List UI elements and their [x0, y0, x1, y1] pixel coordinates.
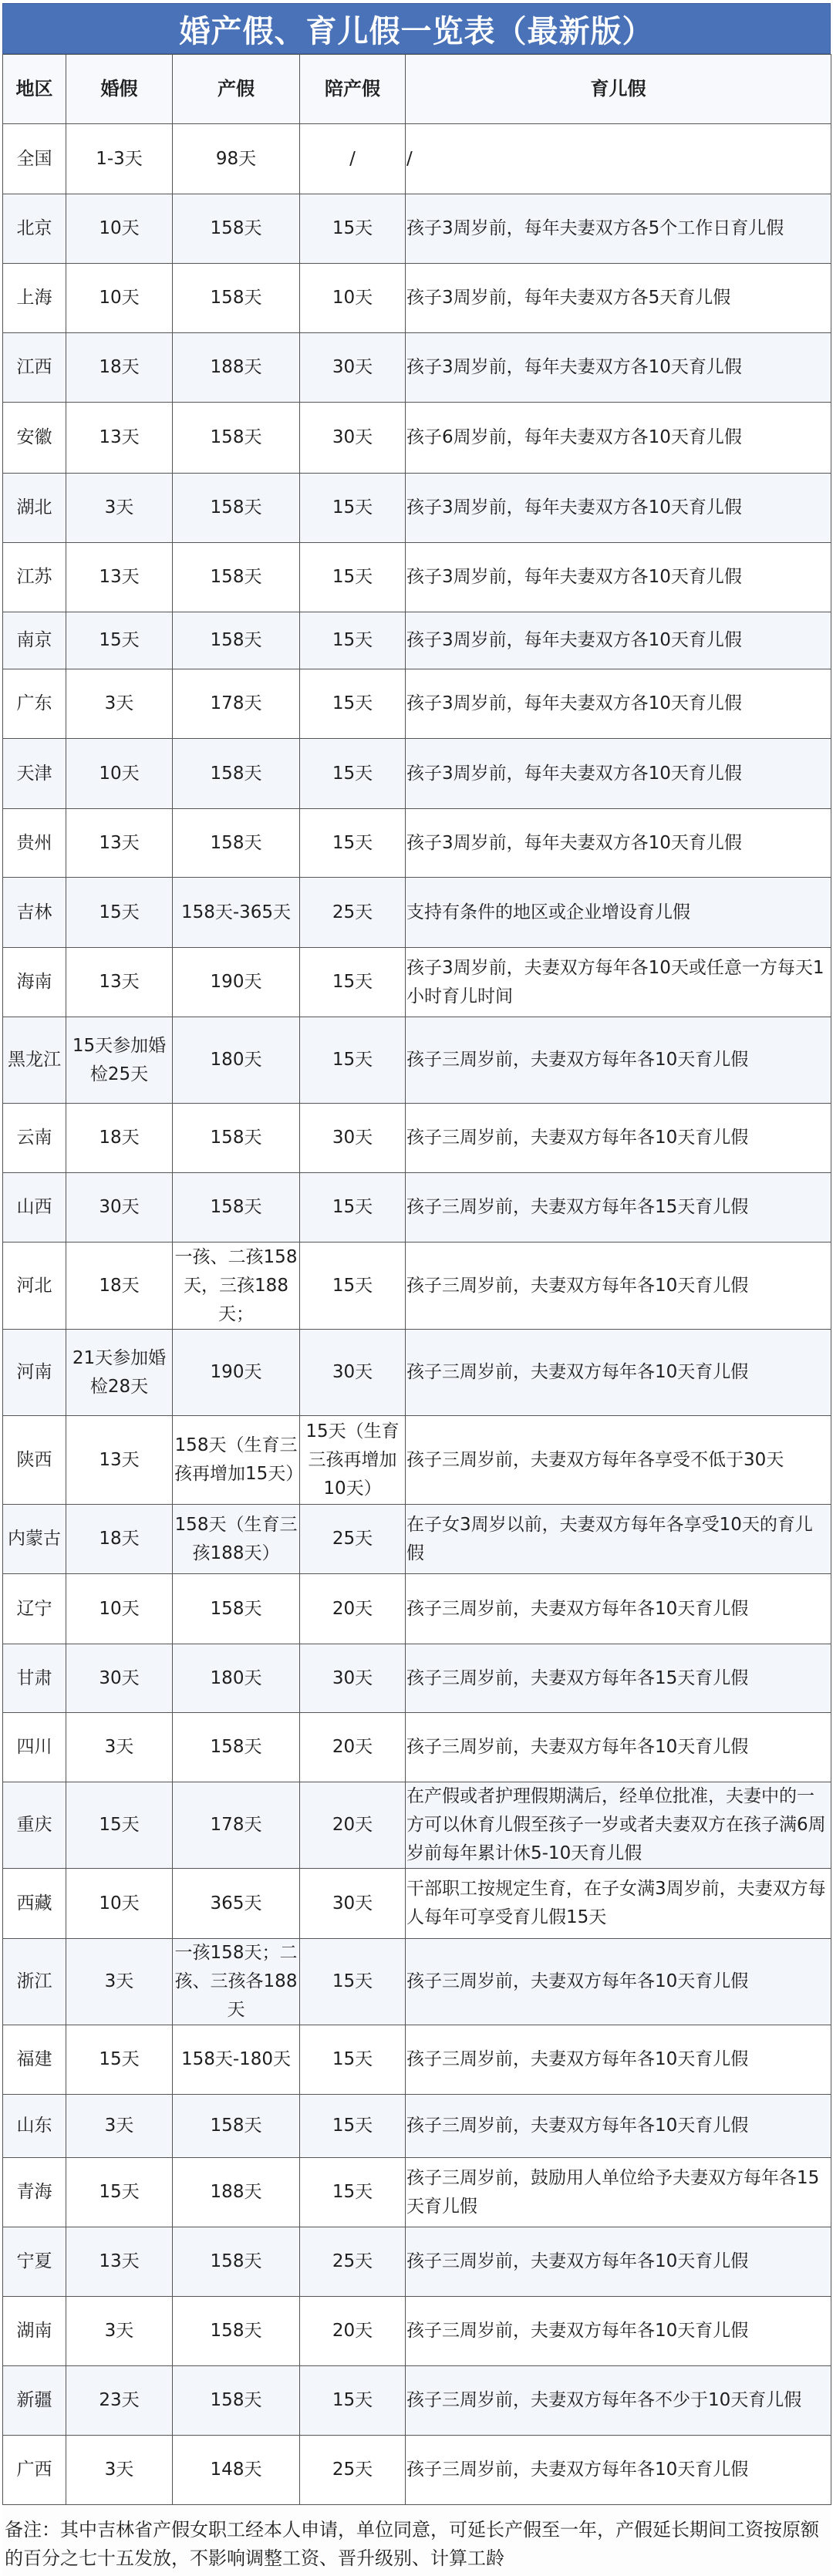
table-row: 宁夏13天158天25天孩子三周岁前，夫妻双方每年各10天育儿假: [3, 2227, 831, 2297]
cell-marriage-leave: 3天: [66, 1939, 173, 2025]
cell-maternity-leave: 158天: [173, 2095, 300, 2158]
cell-paternity-leave: 15天: [300, 2366, 406, 2436]
header-paternity-leave: 陪产假: [300, 55, 406, 124]
cell-marriage-leave: 13天: [66, 809, 173, 878]
cell-marriage-leave: 3天: [66, 474, 173, 543]
cell-region: 南京: [3, 612, 66, 669]
cell-paternity-leave: 15天: [300, 543, 406, 612]
cell-maternity-leave: 158天-365天: [173, 878, 300, 948]
table-row: 天津10天158天15天孩子3周岁前，每年夫妻双方各10天育儿假: [3, 739, 831, 809]
table-row: 安徽13天158天30天孩子6周岁前，每年夫妻双方各10天育儿假: [3, 403, 831, 474]
table-row: 甘肃30天180天30天孩子三周岁前，夫妻双方每年各15天育儿假: [3, 1644, 831, 1713]
cell-marriage-leave: 13天: [66, 2227, 173, 2297]
cell-region: 山西: [3, 1173, 66, 1242]
cell-childcare-leave: 孩子三周岁前，夫妻双方每年各15天育儿假: [406, 1173, 831, 1242]
cell-childcare-leave: 孩子三周岁前，夫妻双方每年各10天育儿假: [406, 2297, 831, 2366]
cell-childcare-leave: 孩子3周岁前，每年夫妻双方各10天育儿假: [406, 543, 831, 612]
cell-marriage-leave: 13天: [66, 1416, 173, 1505]
cell-marriage-leave: 10天: [66, 1574, 173, 1644]
table-row: 北京10天158天15天孩子3周岁前，每年夫妻双方各5个工作日育儿假: [3, 194, 831, 264]
cell-region: 山东: [3, 2095, 66, 2158]
cell-paternity-leave: 15天: [300, 739, 406, 809]
cell-paternity-leave: 20天: [300, 1574, 406, 1644]
cell-paternity-leave: 15天: [300, 2025, 406, 2095]
cell-paternity-leave: 15天: [300, 612, 406, 669]
cell-marriage-leave: 3天: [66, 2297, 173, 2366]
cell-childcare-leave: 孩子三周岁前，夫妻双方每年各10天育儿假: [406, 1574, 831, 1644]
cell-region: 西藏: [3, 1869, 66, 1939]
cell-paternity-leave: 20天: [300, 1782, 406, 1869]
cell-paternity-leave: /: [300, 124, 406, 194]
cell-childcare-leave: 孩子3周岁前，每年夫妻双方各5天育儿假: [406, 264, 831, 333]
cell-region: 海南: [3, 948, 66, 1017]
cell-region: 浙江: [3, 1939, 66, 2025]
cell-marriage-leave: 18天: [66, 1242, 173, 1330]
cell-childcare-leave: 孩子三周岁前，夫妻双方每年各10天育儿假: [406, 2227, 831, 2297]
cell-maternity-leave: 365天: [173, 1869, 300, 1939]
cell-childcare-leave: /: [406, 124, 831, 194]
cell-region: 江苏: [3, 543, 66, 612]
cell-paternity-leave: 15天: [300, 809, 406, 878]
cell-paternity-leave: 30天: [300, 333, 406, 403]
table-row: 黑龙江15天参加婚检25天180天15天孩子三周岁前，夫妻双方每年各10天育儿假: [3, 1017, 831, 1104]
cell-maternity-leave: 158天: [173, 264, 300, 333]
leave-table: 地区 婚假 产假 陪产假 育儿假 全国1-3天98天//北京10天158天15天…: [2, 54, 831, 2505]
cell-maternity-leave: 158天: [173, 543, 300, 612]
cell-childcare-leave: 孩子三周岁前，夫妻双方每年各10天育儿假: [406, 1017, 831, 1104]
cell-marriage-leave: 10天: [66, 194, 173, 264]
cell-paternity-leave: 15天: [300, 1242, 406, 1330]
cell-paternity-leave: 25天: [300, 1505, 406, 1574]
cell-marriage-leave: 15天: [66, 2025, 173, 2095]
cell-maternity-leave: 一孩、二孩158天，三孩188天；: [173, 1242, 300, 1330]
cell-marriage-leave: 15天参加婚检25天: [66, 1017, 173, 1104]
table-row: 南京15天158天15天孩子3周岁前，每年夫妻双方各10天育儿假: [3, 612, 831, 669]
cell-childcare-leave: 孩子6周岁前，每年夫妻双方各10天育儿假: [406, 403, 831, 474]
cell-marriage-leave: 10天: [66, 739, 173, 809]
cell-childcare-leave: 孩子三周岁前，夫妻双方每年各15天育儿假: [406, 1644, 831, 1713]
cell-region: 上海: [3, 264, 66, 333]
cell-childcare-leave: 孩子三周岁前，夫妻双方每年各享受不低于30天: [406, 1416, 831, 1505]
cell-childcare-leave: 孩子3周岁前，每年夫妻双方各10天育儿假: [406, 474, 831, 543]
cell-maternity-leave: 158天: [173, 2297, 300, 2366]
cell-childcare-leave: 孩子3周岁前，每年夫妻双方各10天育儿假: [406, 669, 831, 739]
cell-region: 北京: [3, 194, 66, 264]
table-row: 上海10天158天10天孩子3周岁前，每年夫妻双方各5天育儿假: [3, 264, 831, 333]
cell-childcare-leave: 孩子三周岁前，夫妻双方每年各10天育儿假: [406, 1939, 831, 2025]
cell-maternity-leave: 180天: [173, 1644, 300, 1713]
table-row: 辽宁10天158天20天孩子三周岁前，夫妻双方每年各10天育儿假: [3, 1574, 831, 1644]
table-row: 河南21天参加婚检28天190天30天孩子三周岁前，夫妻双方每年各10天育儿假: [3, 1330, 831, 1416]
cell-childcare-leave: 孩子三周岁前，鼓励用人单位给予夫妻双方每年各15天育儿假: [406, 2158, 831, 2227]
table-row: 内蒙古18天158天（生育三孩188天）25天在子女3周岁以前，夫妻双方每年各享…: [3, 1505, 831, 1574]
cell-maternity-leave: 98天: [173, 124, 300, 194]
cell-maternity-leave: 158天: [173, 809, 300, 878]
table-row: 湖南3天158天20天孩子三周岁前，夫妻双方每年各10天育儿假: [3, 2297, 831, 2366]
table-row: 山东3天158天15天孩子三周岁前，夫妻双方每年各10天育儿假: [3, 2095, 831, 2158]
cell-maternity-leave: 一孩158天；二孩、三孩各188天: [173, 1939, 300, 2025]
table-row: 江西18天188天30天孩子3周岁前，每年夫妻双方各10天育儿假: [3, 333, 831, 403]
table-row: 广东3天178天15天孩子3周岁前，每年夫妻双方各10天育儿假: [3, 669, 831, 739]
cell-paternity-leave: 30天: [300, 1330, 406, 1416]
table-row: 四川3天158天20天孩子三周岁前，夫妻双方每年各10天育儿假: [3, 1713, 831, 1782]
cell-marriage-leave: 30天: [66, 1644, 173, 1713]
cell-maternity-leave: 178天: [173, 1782, 300, 1869]
cell-childcare-leave: 孩子3周岁前，每年夫妻双方各5个工作日育儿假: [406, 194, 831, 264]
cell-marriage-leave: 23天: [66, 2366, 173, 2436]
cell-childcare-leave: 孩子3周岁前，每年夫妻双方各10天育儿假: [406, 612, 831, 669]
cell-maternity-leave: 188天: [173, 333, 300, 403]
cell-childcare-leave: 孩子3周岁前，每年夫妻双方各10天育儿假: [406, 739, 831, 809]
cell-paternity-leave: 30天: [300, 1104, 406, 1173]
cell-maternity-leave: 158天（生育三孩再增加15天）: [173, 1416, 300, 1505]
table-row: 山西30天158天15天孩子三周岁前，夫妻双方每年各15天育儿假: [3, 1173, 831, 1242]
cell-region: 宁夏: [3, 2227, 66, 2297]
header-marriage-leave: 婚假: [66, 55, 173, 124]
cell-region: 陕西: [3, 1416, 66, 1505]
cell-region: 福建: [3, 2025, 66, 2095]
header-childcare-leave: 育儿假: [406, 55, 831, 124]
cell-maternity-leave: 190天: [173, 948, 300, 1017]
cell-region: 重庆: [3, 1782, 66, 1869]
cell-marriage-leave: 15天: [66, 878, 173, 948]
cell-region: 广西: [3, 2436, 66, 2505]
table-row: 福建15天158天-180天15天孩子三周岁前，夫妻双方每年各10天育儿假: [3, 2025, 831, 2095]
cell-maternity-leave: 188天: [173, 2158, 300, 2227]
cell-maternity-leave: 158天: [173, 474, 300, 543]
table-row: 河北18天一孩、二孩158天，三孩188天；15天孩子三周岁前，夫妻双方每年各1…: [3, 1242, 831, 1330]
cell-paternity-leave: 15天: [300, 194, 406, 264]
table-row: 新疆23天158天15天孩子三周岁前，夫妻双方每年各不少于10天育儿假: [3, 2366, 831, 2436]
cell-paternity-leave: 15天: [300, 1939, 406, 2025]
cell-paternity-leave: 15天: [300, 474, 406, 543]
cell-childcare-leave: 孩子三周岁前，夫妻双方每年各10天育儿假: [406, 1713, 831, 1782]
cell-paternity-leave: 20天: [300, 1713, 406, 1782]
table-header-row: 地区 婚假 产假 陪产假 育儿假: [3, 55, 831, 124]
cell-childcare-leave: 孩子3周岁前，每年夫妻双方各10天育儿假: [406, 809, 831, 878]
cell-paternity-leave: 15天: [300, 2095, 406, 2158]
cell-paternity-leave: 30天: [300, 403, 406, 474]
cell-paternity-leave: 25天: [300, 878, 406, 948]
cell-marriage-leave: 13天: [66, 543, 173, 612]
cell-childcare-leave: 孩子三周岁前，夫妻双方每年各10天育儿假: [406, 2025, 831, 2095]
cell-childcare-leave: 孩子3周岁前，每年夫妻双方各10天育儿假: [406, 333, 831, 403]
cell-paternity-leave: 30天: [300, 1869, 406, 1939]
cell-region: 内蒙古: [3, 1505, 66, 1574]
cell-region: 黑龙江: [3, 1017, 66, 1104]
table-row: 西藏10天365天30天干部职工按规定生育，在子女满3周岁前，夫妻双方每人每年可…: [3, 1869, 831, 1939]
cell-childcare-leave: 孩子三周岁前，夫妻双方每年各10天育儿假: [406, 1104, 831, 1173]
cell-region: 青海: [3, 2158, 66, 2227]
cell-paternity-leave: 30天: [300, 1644, 406, 1713]
cell-childcare-leave: 干部职工按规定生育，在子女满3周岁前，夫妻双方每人每年可享受育儿假15天: [406, 1869, 831, 1939]
cell-childcare-leave: 孩子3周岁前，夫妻双方每年各10天或任意一方每天1小时育儿时间: [406, 948, 831, 1017]
cell-region: 天津: [3, 739, 66, 809]
cell-marriage-leave: 10天: [66, 264, 173, 333]
cell-region: 全国: [3, 124, 66, 194]
table-row: 海南13天190天15天孩子3周岁前，夫妻双方每年各10天或任意一方每天1小时育…: [3, 948, 831, 1017]
cell-marriage-leave: 10天: [66, 1869, 173, 1939]
table-row: 云南18天158天30天孩子三周岁前，夫妻双方每年各10天育儿假: [3, 1104, 831, 1173]
cell-maternity-leave: 158天（生育三孩188天）: [173, 1505, 300, 1574]
cell-marriage-leave: 3天: [66, 669, 173, 739]
cell-region: 云南: [3, 1104, 66, 1173]
cell-maternity-leave: 180天: [173, 1017, 300, 1104]
cell-region: 湖南: [3, 2297, 66, 2366]
cell-maternity-leave: 190天: [173, 1330, 300, 1416]
table-row: 陕西13天158天（生育三孩再增加15天）15天（生育三孩再增加10天）孩子三周…: [3, 1416, 831, 1505]
table-row: 浙江3天一孩158天；二孩、三孩各188天15天孩子三周岁前，夫妻双方每年各10…: [3, 1939, 831, 2025]
cell-marriage-leave: 3天: [66, 2436, 173, 2505]
cell-marriage-leave: 18天: [66, 1104, 173, 1173]
cell-maternity-leave: 158天: [173, 1574, 300, 1644]
cell-region: 江西: [3, 333, 66, 403]
table-row: 全国1-3天98天//: [3, 124, 831, 194]
cell-maternity-leave: 158天: [173, 2227, 300, 2297]
cell-region: 四川: [3, 1713, 66, 1782]
table-row: 青海15天188天15天孩子三周岁前，鼓励用人单位给予夫妻双方每年各15天育儿假: [3, 2158, 831, 2227]
cell-region: 新疆: [3, 2366, 66, 2436]
cell-paternity-leave: 15天: [300, 2158, 406, 2227]
header-maternity-leave: 产假: [173, 55, 300, 124]
cell-region: 贵州: [3, 809, 66, 878]
cell-region: 辽宁: [3, 1574, 66, 1644]
cell-marriage-leave: 13天: [66, 403, 173, 474]
cell-marriage-leave: 1-3天: [66, 124, 173, 194]
cell-region: 广东: [3, 669, 66, 739]
cell-region: 湖北: [3, 474, 66, 543]
cell-region: 河南: [3, 1330, 66, 1416]
cell-maternity-leave: 158天-180天: [173, 2025, 300, 2095]
table-row: 重庆15天178天20天在产假或者护理假期满后，经单位批准，夫妻中的一方可以休育…: [3, 1782, 831, 1869]
table-row: 湖北3天158天15天孩子3周岁前，每年夫妻双方各10天育儿假: [3, 474, 831, 543]
cell-maternity-leave: 158天: [173, 739, 300, 809]
cell-marriage-leave: 18天: [66, 1505, 173, 1574]
cell-childcare-leave: 孩子三周岁前，夫妻双方每年各不少于10天育儿假: [406, 2366, 831, 2436]
cell-region: 安徽: [3, 403, 66, 474]
cell-maternity-leave: 158天: [173, 1713, 300, 1782]
cell-paternity-leave: 15天（生育三孩再增加10天）: [300, 1416, 406, 1505]
cell-maternity-leave: 158天: [173, 1104, 300, 1173]
page-title: 婚产假、育儿假一览表（最新版）: [2, 3, 831, 54]
cell-paternity-leave: 10天: [300, 264, 406, 333]
table-row: 江苏13天158天15天孩子3周岁前，每年夫妻双方各10天育儿假: [3, 543, 831, 612]
cell-marriage-leave: 30天: [66, 1173, 173, 1242]
cell-marriage-leave: 15天: [66, 612, 173, 669]
cell-maternity-leave: 158天: [173, 1173, 300, 1242]
cell-paternity-leave: 25天: [300, 2436, 406, 2505]
cell-marriage-leave: 13天: [66, 948, 173, 1017]
table-row: 广西3天148天25天孩子三周岁前，夫妻双方每年各10天育儿假: [3, 2436, 831, 2505]
cell-maternity-leave: 178天: [173, 669, 300, 739]
cell-paternity-leave: 20天: [300, 2297, 406, 2366]
table-row: 吉林15天158天-365天25天支持有条件的地区或企业增设育儿假: [3, 878, 831, 948]
cell-marriage-leave: 3天: [66, 1713, 173, 1782]
cell-paternity-leave: 15天: [300, 1017, 406, 1104]
cell-childcare-leave: 孩子三周岁前，夫妻双方每年各10天育儿假: [406, 1330, 831, 1416]
header-region: 地区: [3, 55, 66, 124]
cell-maternity-leave: 158天: [173, 612, 300, 669]
cell-paternity-leave: 25天: [300, 2227, 406, 2297]
table-row: 贵州13天158天15天孩子3周岁前，每年夫妻双方各10天育儿假: [3, 809, 831, 878]
cell-maternity-leave: 148天: [173, 2436, 300, 2505]
leave-table-sheet: 婚产假、育儿假一览表（最新版） 地区 婚假 产假 陪产假 育儿假 全国1-3天9…: [2, 3, 831, 2567]
cell-marriage-leave: 21天参加婚检28天: [66, 1330, 173, 1416]
cell-paternity-leave: 15天: [300, 1173, 406, 1242]
cell-marriage-leave: 18天: [66, 333, 173, 403]
cell-maternity-leave: 158天: [173, 403, 300, 474]
cell-maternity-leave: 158天: [173, 194, 300, 264]
cell-region: 吉林: [3, 878, 66, 948]
cell-paternity-leave: 15天: [300, 669, 406, 739]
cell-region: 河北: [3, 1242, 66, 1330]
cell-childcare-leave: 孩子三周岁前，夫妻双方每年各10天育儿假: [406, 1242, 831, 1330]
cell-childcare-leave: 孩子三周岁前，夫妻双方每年各10天育儿假: [406, 2436, 831, 2505]
cell-marriage-leave: 15天: [66, 1782, 173, 1869]
cell-childcare-leave: 在子女3周岁以前，夫妻双方每年各享受10天的育儿假: [406, 1505, 831, 1574]
cell-childcare-leave: 支持有条件的地区或企业增设育儿假: [406, 878, 831, 948]
cell-childcare-leave: 孩子三周岁前，夫妻双方每年各10天育儿假: [406, 2095, 831, 2158]
cell-marriage-leave: 3天: [66, 2095, 173, 2158]
cell-paternity-leave: 15天: [300, 948, 406, 1017]
footnote: 备注：其中吉林省产假女职工经本人申请，单位同意，可延长产假至一年，产假延长期间工…: [2, 2505, 831, 2567]
cell-region: 甘肃: [3, 1644, 66, 1713]
cell-marriage-leave: 15天: [66, 2158, 173, 2227]
cell-childcare-leave: 在产假或者护理假期满后，经单位批准，夫妻中的一方可以休育儿假至孩子一岁或者夫妻双…: [406, 1782, 831, 1869]
cell-maternity-leave: 158天: [173, 2366, 300, 2436]
